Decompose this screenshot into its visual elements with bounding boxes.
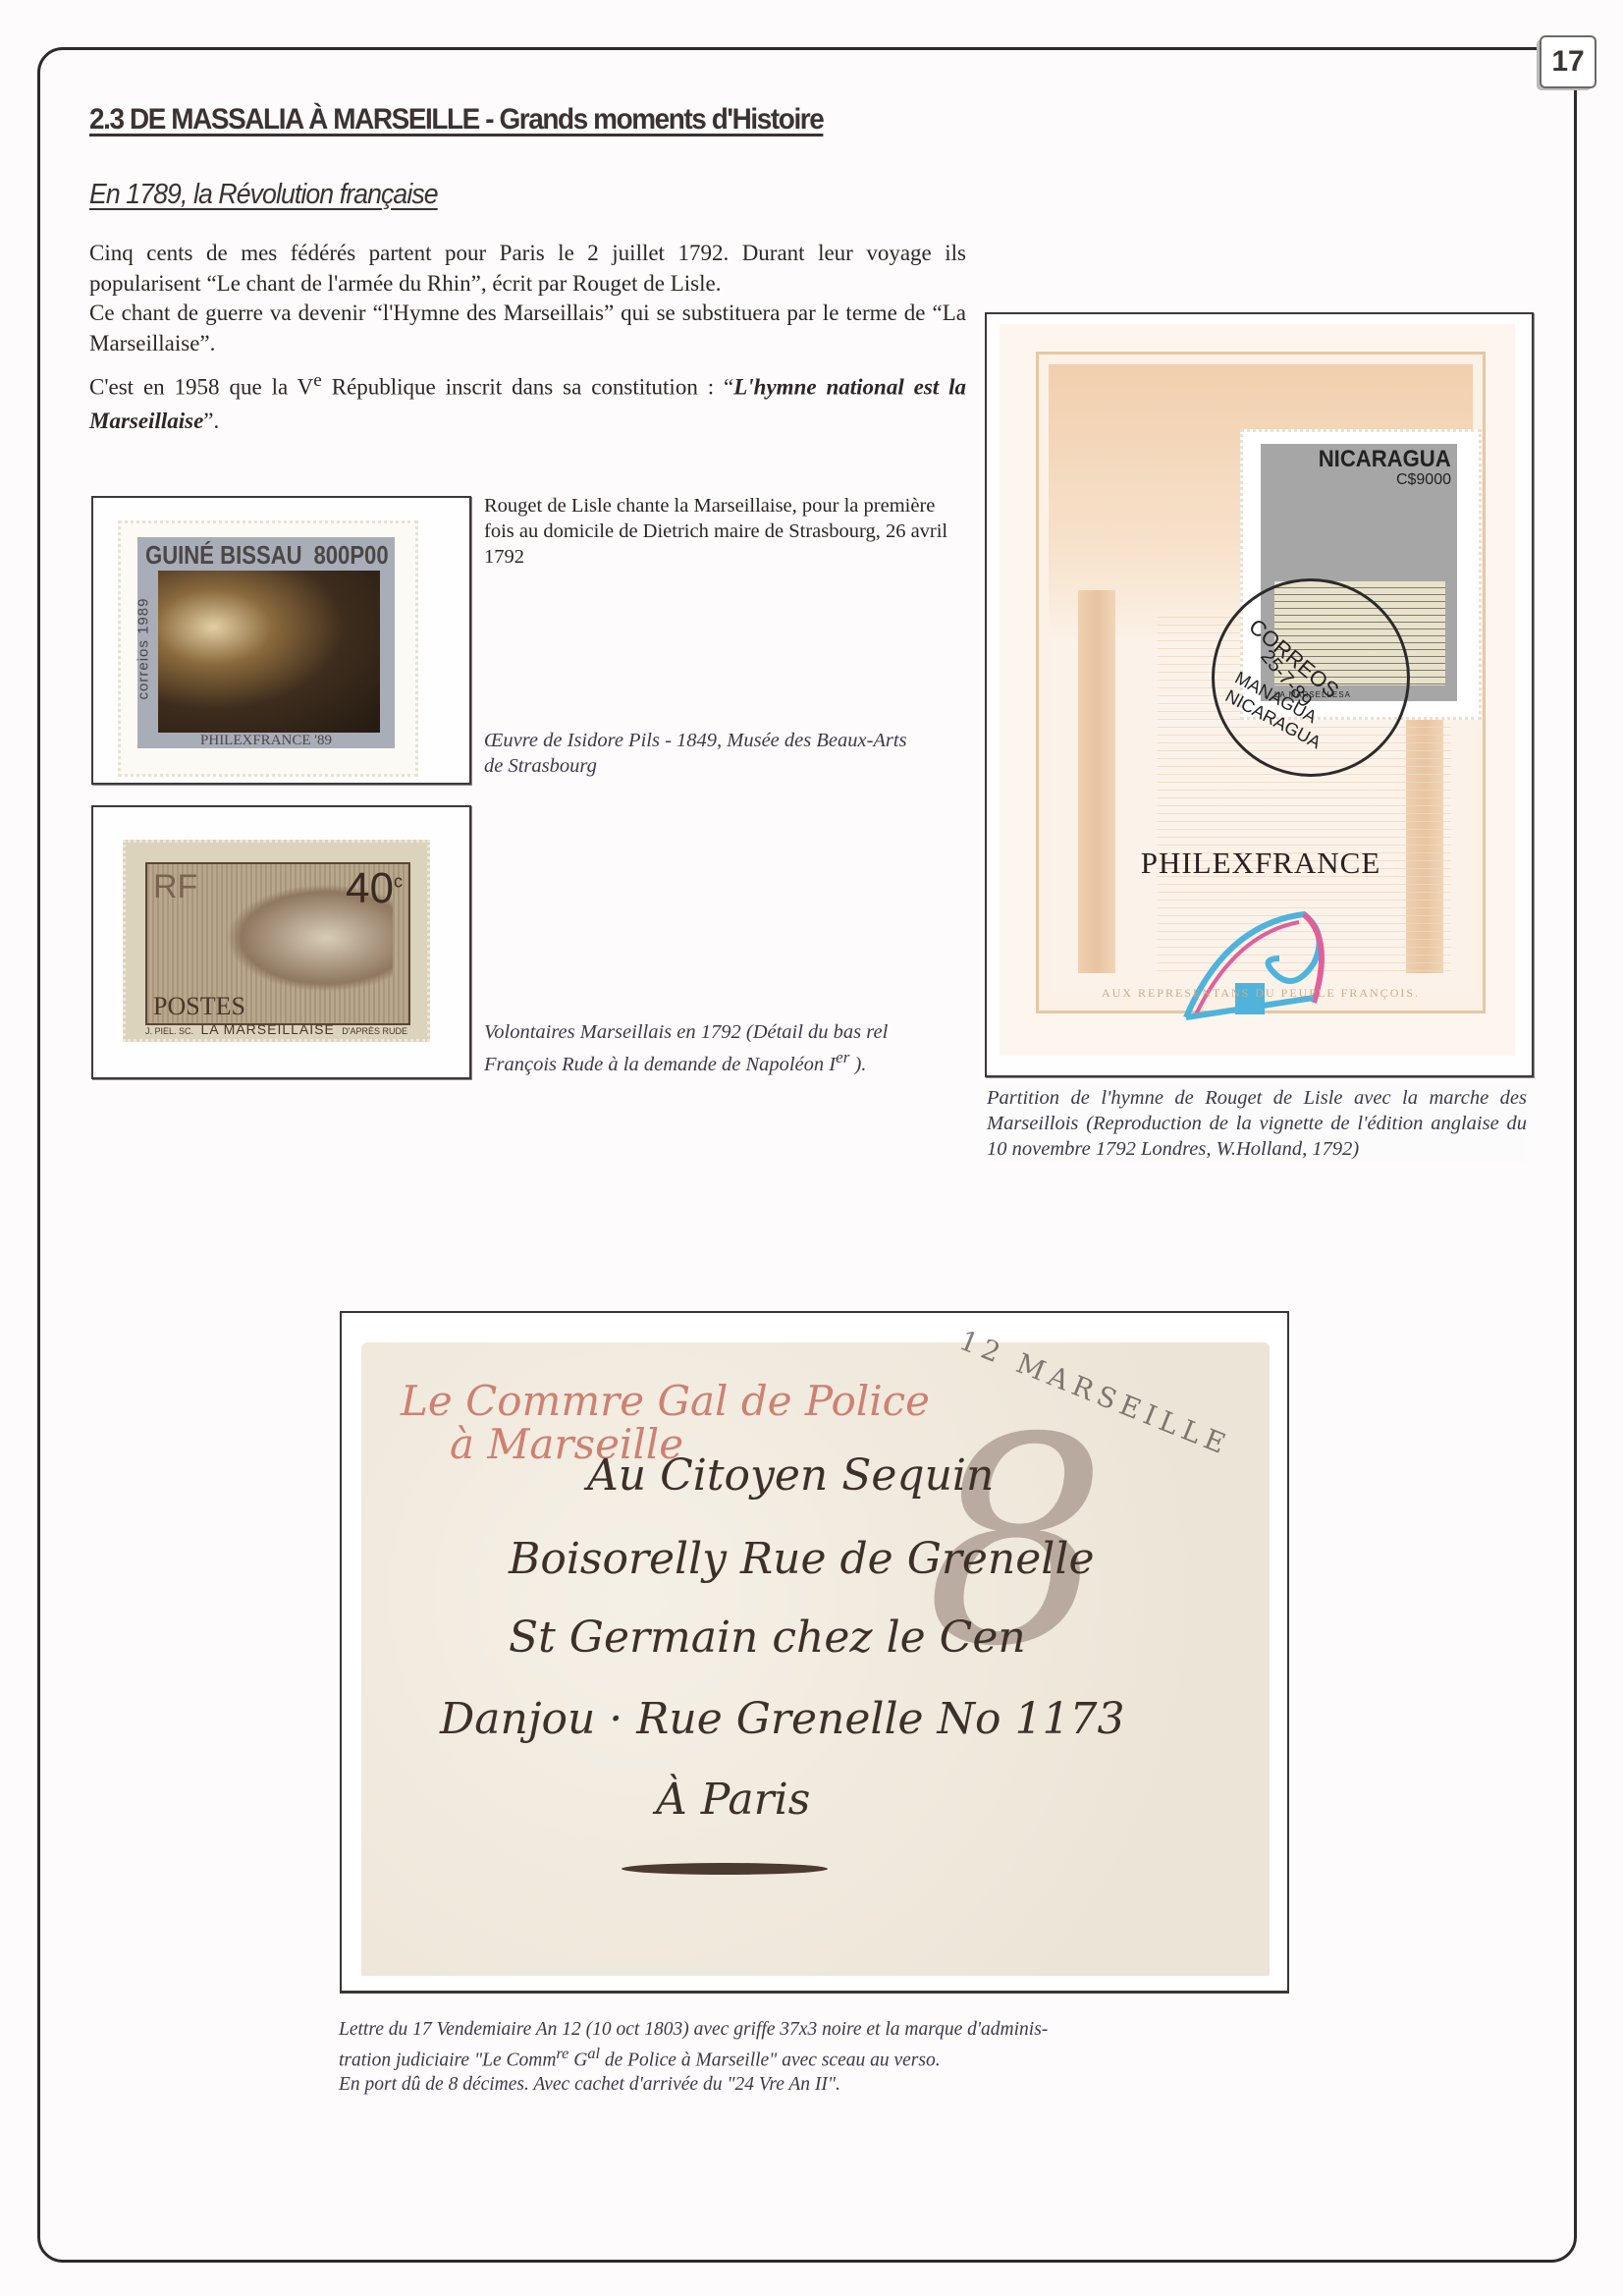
- postmark-managua: CORREOS 25-7-89 MANAGUA NICARAGUA: [1212, 578, 1410, 777]
- letter-mount: Le Commre Gal de Police à Marseille 12 M…: [340, 1311, 1289, 1994]
- stamp-painting-image: [158, 571, 380, 733]
- address-line-5: À Paris: [656, 1775, 810, 1825]
- address-line-4: Danjou · Rue Grenelle No 1173: [440, 1694, 1125, 1744]
- note-isidore-pils: Œuvre de Isidore Pils - 1849, Musée des …: [484, 728, 916, 779]
- stamp-france-la-marseillaise: RF 40c POSTES J. PIEL. SC. LA MARSEILLAI…: [123, 840, 430, 1042]
- stamp-value: C$9000: [1396, 471, 1451, 489]
- intro-paragraph-1: Cinq cents de mes fédérés partent pour P…: [89, 239, 966, 299]
- address-line-2: Boisorelly Rue de Grenelle: [509, 1534, 1095, 1584]
- stamp-country: GUINÉ BISSAU: [145, 540, 302, 571]
- intro-paragraph-3: C'est en 1958 que la Ve République inscr…: [89, 364, 966, 438]
- souvenir-sheet-nicaragua: NICARAGUA C$9000 LA MARSELLESA CORREOS 2…: [1000, 324, 1515, 1056]
- stamp-postes: POSTES: [153, 992, 245, 1021]
- page-number-tab: 17: [1540, 35, 1596, 88]
- folded-letter: Le Commre Gal de Police à Marseille 12 M…: [361, 1342, 1270, 1976]
- stamp-guine-bissau: GUINÉ BISSAU 800P00 correios 1989 PHILEX…: [118, 520, 418, 777]
- stamp-country: NICARAGUA: [1319, 446, 1451, 473]
- sheet-title: PHILEXFRANCE: [1039, 846, 1483, 881]
- address-line-1: Au Citoyen Sequin: [587, 1450, 994, 1501]
- stamp-value: 40c: [346, 864, 403, 913]
- sheet-footer: AUX REPRESENTANS DU PEUPLE FRANÇOIS.: [1039, 986, 1483, 1001]
- stamp-bottom-text: PHILEXFRANCE '89: [137, 733, 395, 749]
- stamp-value: 800P00: [314, 540, 389, 571]
- page-title: 2.3 DE MASSALIA À MARSEILLE - Grands mom…: [89, 103, 823, 137]
- letter-caption: Lettre du 17 Vendemiaire An 12 (10 oct 1…: [339, 2018, 1311, 2097]
- page-number: 17: [1551, 45, 1584, 78]
- note-volontaires: Volontaires Marseillais en 1792 (Détail …: [484, 1019, 995, 1077]
- stamp-legend: J. PIEL. SC. LA MARSEILLAISE D'APRÈS RUD…: [145, 1021, 407, 1037]
- intro-paragraph-2: Ce chant de guerre va devenir “l'Hymne d…: [89, 299, 966, 358]
- caption-rouget-de-lisle: Rouget de Lisle chante la Marseillaise, …: [484, 493, 965, 570]
- stamp-side-text: correios 1989: [135, 598, 151, 700]
- note-partition: Partition de l'hymne de Rouget de Lisle …: [987, 1085, 1527, 1162]
- section-subtitle: En 1789, la Révolution française: [89, 179, 438, 211]
- stamp-rf: RF: [153, 868, 197, 906]
- philexfrance-logo-icon: [1166, 904, 1333, 1022]
- address-line-3: St Germain chez le Cen: [509, 1613, 1026, 1663]
- intro-text: Cinq cents de mes fédérés partent pour P…: [89, 239, 966, 438]
- underline-flourish: [622, 1863, 828, 1875]
